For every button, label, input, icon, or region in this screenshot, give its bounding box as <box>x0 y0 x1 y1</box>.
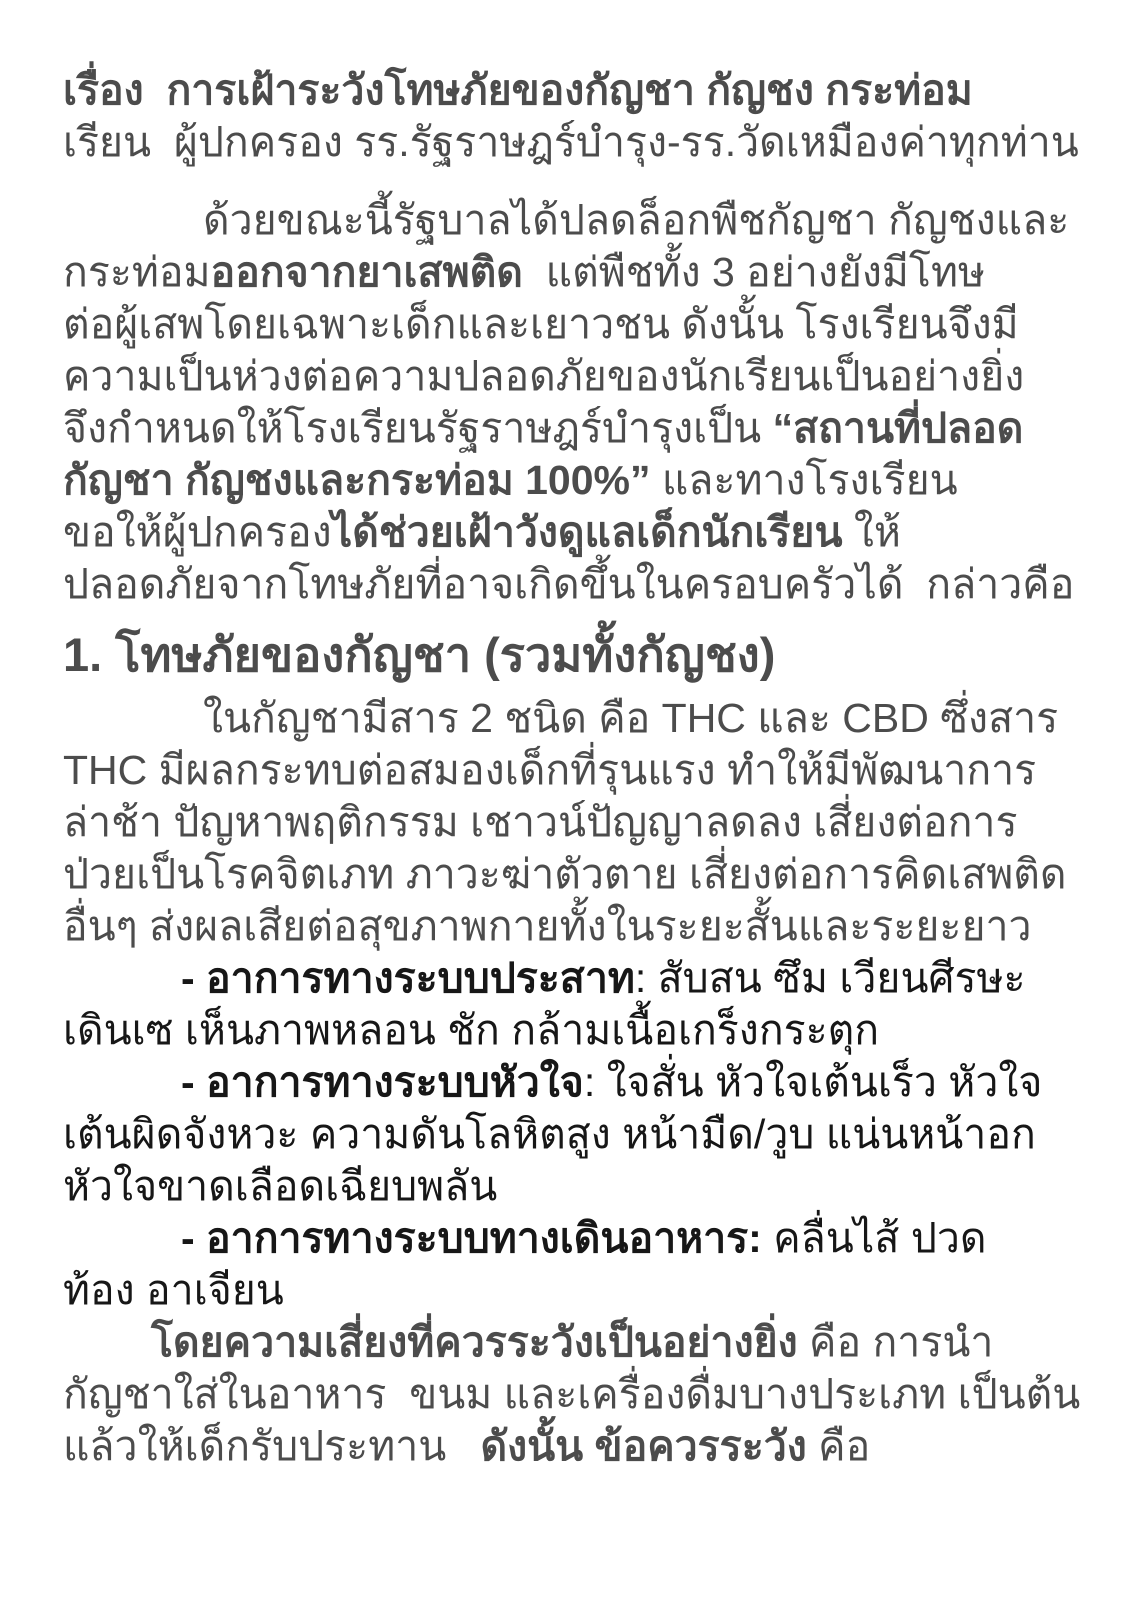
para2-line5: อื่นๆ ส่งผลเสียต่อสุขภาพกายทั้งในระยะสั้… <box>63 900 1068 952</box>
text-segment: ในกัญชามีสาร 2 ชนิด คือ THC และ CBD ซึ่ง… <box>203 695 1058 741</box>
warning-line1: โดยความเสี่ยงที่ควรระวังเป็นอย่างยิ่ง คื… <box>63 1316 1068 1368</box>
para1-line7: ขอให้ผู้ปกครองได้ช่วยเฝ้าวังดูแลเด็กนักเ… <box>63 506 1068 558</box>
document-body: เรื่อง การเฝ้าระวังโทษภัยของกัญชา กัญชง … <box>63 64 1068 1472</box>
text-segment: คือ <box>807 1423 870 1469</box>
bullet-digestive-line1: - อาการทางระบบทางเดินอาหาร: คลื่นไส้ ปวด <box>63 1212 1068 1264</box>
text-segment: ได้ช่วยเฝ้าวังดูแลเด็กนักเรียน <box>332 509 843 555</box>
text-segment: ต่อผู้เสพโดยเฉพาะเด็กและเยาวชน ดังนั้น โ… <box>63 301 1019 347</box>
text-segment: เดินเซ เห็นภาพหลอน ชัก กล้ามเนื้อเกร็งกร… <box>63 1007 879 1053</box>
text-segment: ป่วยเป็นโรคจิตเภท ภาวะฆ่าตัวตาย เสี่ยงต่… <box>63 851 1067 897</box>
warning-line2: กัญชาใส่ในอาหาร ขนม และเครื่องดื่มบางประ… <box>63 1368 1068 1420</box>
text-segment: เรื่อง การเฝ้าระวังโทษภัยของกัญชา กัญชง … <box>63 67 973 113</box>
text-segment: “สถานที่ปลอด <box>773 405 1024 451</box>
para2-line4: ป่วยเป็นโรคจิตเภท ภาวะฆ่าตัวตาย เสี่ยงต่… <box>63 848 1068 900</box>
document-page: เรื่อง การเฝ้าระวังโทษภัยของกัญชา กัญชง … <box>0 0 1124 1600</box>
text-segment: ออกจากยาเสพติด <box>211 249 523 295</box>
bullet-heart-line3: หัวใจขาดเลือดเฉียบพลัน <box>63 1160 1068 1212</box>
text-segment: ล่าช้า ปัญหาพฤติกรรม เชาวน์ปัญญาลดลง เสี… <box>63 799 1017 845</box>
text-segment: ด้วยขณะนี้รัฐบาลได้ปลดล็อกพืชกัญชา กัญชง… <box>203 197 1069 243</box>
para1-line8: ปลอดภัยจากโทษภัยที่อาจเกิดขึ้นในครอบครัว… <box>63 558 1068 610</box>
bullet-digestive-line2: ท้อง อาเจียน <box>63 1264 1068 1316</box>
text-segment: เต้นผิดจังหวะ ความดันโลหิตสูง หน้ามืด/วู… <box>63 1111 1036 1157</box>
para1-line5: จึงกำหนดให้โรงเรียนรัฐราษฎร์บำรุงเป็น “ส… <box>63 402 1068 454</box>
text-segment: กัญชาใส่ในอาหาร ขนม และเครื่องดื่มบางประ… <box>63 1371 1080 1417</box>
text-segment: : สับสน ซึม เวียนศีรษะ <box>635 955 1026 1001</box>
recipient-line: เรียน ผู้ปกครอง รร.รัฐราษฎร์บำรุง-รร.วัด… <box>63 116 1068 168</box>
text-segment: ขอให้ผู้ปกครอง <box>63 509 332 555</box>
text-segment: THC มีผลกระทบต่อสมองเด็กที่รุนแรง ทำให้ม… <box>63 747 1036 793</box>
text-segment: กระท่อม <box>63 249 211 295</box>
para2-line3: ล่าช้า ปัญหาพฤติกรรม เชาวน์ปัญญาลดลง เสี… <box>63 796 1068 848</box>
text-segment: : ใจสั่น หัวใจเต้นเร็ว หัวใจ <box>584 1059 1043 1105</box>
text-segment: โดยความเสี่ยงที่ควรระวังเป็นอย่างยิ่ง <box>151 1319 798 1365</box>
para2-line2: THC มีผลกระทบต่อสมองเด็กที่รุนแรง ทำให้ม… <box>63 744 1068 796</box>
text-segment: ดังนั้น ข้อควรระวัง <box>480 1423 806 1469</box>
warning-line3: แล้วให้เด็กรับประทาน ดังนั้น ข้อควรระวัง… <box>63 1420 1068 1472</box>
text-segment: 1. โทษภัยของกัญชา (รวมทั้งกัญชง) <box>63 628 775 681</box>
bullet-nervous-line2: เดินเซ เห็นภาพหลอน ชัก กล้ามเนื้อเกร็งกร… <box>63 1004 1068 1056</box>
text-segment: - อาการทางระบบทางเดินอาหาร: <box>181 1215 762 1261</box>
para1-line2: กระท่อมออกจากยาเสพติด แต่พืชทั้ง 3 อย่าง… <box>63 246 1068 298</box>
text-segment: และทางโรงเรียน <box>650 457 957 503</box>
text-segment: ท้อง อาเจียน <box>63 1267 284 1313</box>
subject-line: เรื่อง การเฝ้าระวังโทษภัยของกัญชา กัญชง … <box>63 64 1068 116</box>
text-segment: - อาการทางระบบประสาท <box>181 955 635 1001</box>
text-segment: จึงกำหนดให้โรงเรียนรัฐราษฎร์บำรุงเป็น <box>63 405 773 451</box>
text-segment: คือ การนำ <box>798 1319 994 1365</box>
para1-line6: กัญชา กัญชงและกระท่อม 100%” และทางโรงเรี… <box>63 454 1068 506</box>
para1-line4: ความเป็นห่วงต่อความปลอดภัยของนักเรียนเป็… <box>63 350 1068 402</box>
text-segment: แต่พืชทั้ง 3 อย่างยังมีโทษ <box>523 249 985 295</box>
bullet-nervous-line1: - อาการทางระบบประสาท: สับสน ซึม เวียนศีร… <box>63 952 1068 1004</box>
text-segment: - อาการทางระบบหัวใจ <box>181 1059 584 1105</box>
para1-line1: ด้วยขณะนี้รัฐบาลได้ปลดล็อกพืชกัญชา กัญชง… <box>63 194 1068 246</box>
text-segment: แล้วให้เด็กรับประทาน <box>63 1423 480 1469</box>
text-segment: อื่นๆ ส่งผลเสียต่อสุขภาพกายทั้งในระยะสั้… <box>63 903 1032 949</box>
section1-heading: 1. โทษภัยของกัญชา (รวมทั้งกัญชง) <box>63 622 1068 688</box>
text-segment: ความเป็นห่วงต่อความปลอดภัยของนักเรียนเป็… <box>63 353 1024 399</box>
bullet-heart-line1: - อาการทางระบบหัวใจ: ใจสั่น หัวใจเต้นเร็… <box>63 1056 1068 1108</box>
bullet-heart-line2: เต้นผิดจังหวะ ความดันโลหิตสูง หน้ามืด/วู… <box>63 1108 1068 1160</box>
para1-line3: ต่อผู้เสพโดยเฉพาะเด็กและเยาวชน ดังนั้น โ… <box>63 298 1068 350</box>
text-segment: กัญชา กัญชงและกระท่อม 100%” <box>63 457 650 503</box>
text-segment: ปลอดภัยจากโทษภัยที่อาจเกิดขึ้นในครอบครัว… <box>63 561 1074 607</box>
text-segment: ให้ <box>842 509 900 555</box>
text-segment: หัวใจขาดเลือดเฉียบพลัน <box>63 1163 497 1209</box>
text-segment: เรียน ผู้ปกครอง รร.รัฐราษฎร์บำรุง-รร.วัด… <box>63 119 1079 165</box>
para2-line1: ในกัญชามีสาร 2 ชนิด คือ THC และ CBD ซึ่ง… <box>63 692 1068 744</box>
text-segment: คลื่นไส้ ปวด <box>762 1215 987 1261</box>
